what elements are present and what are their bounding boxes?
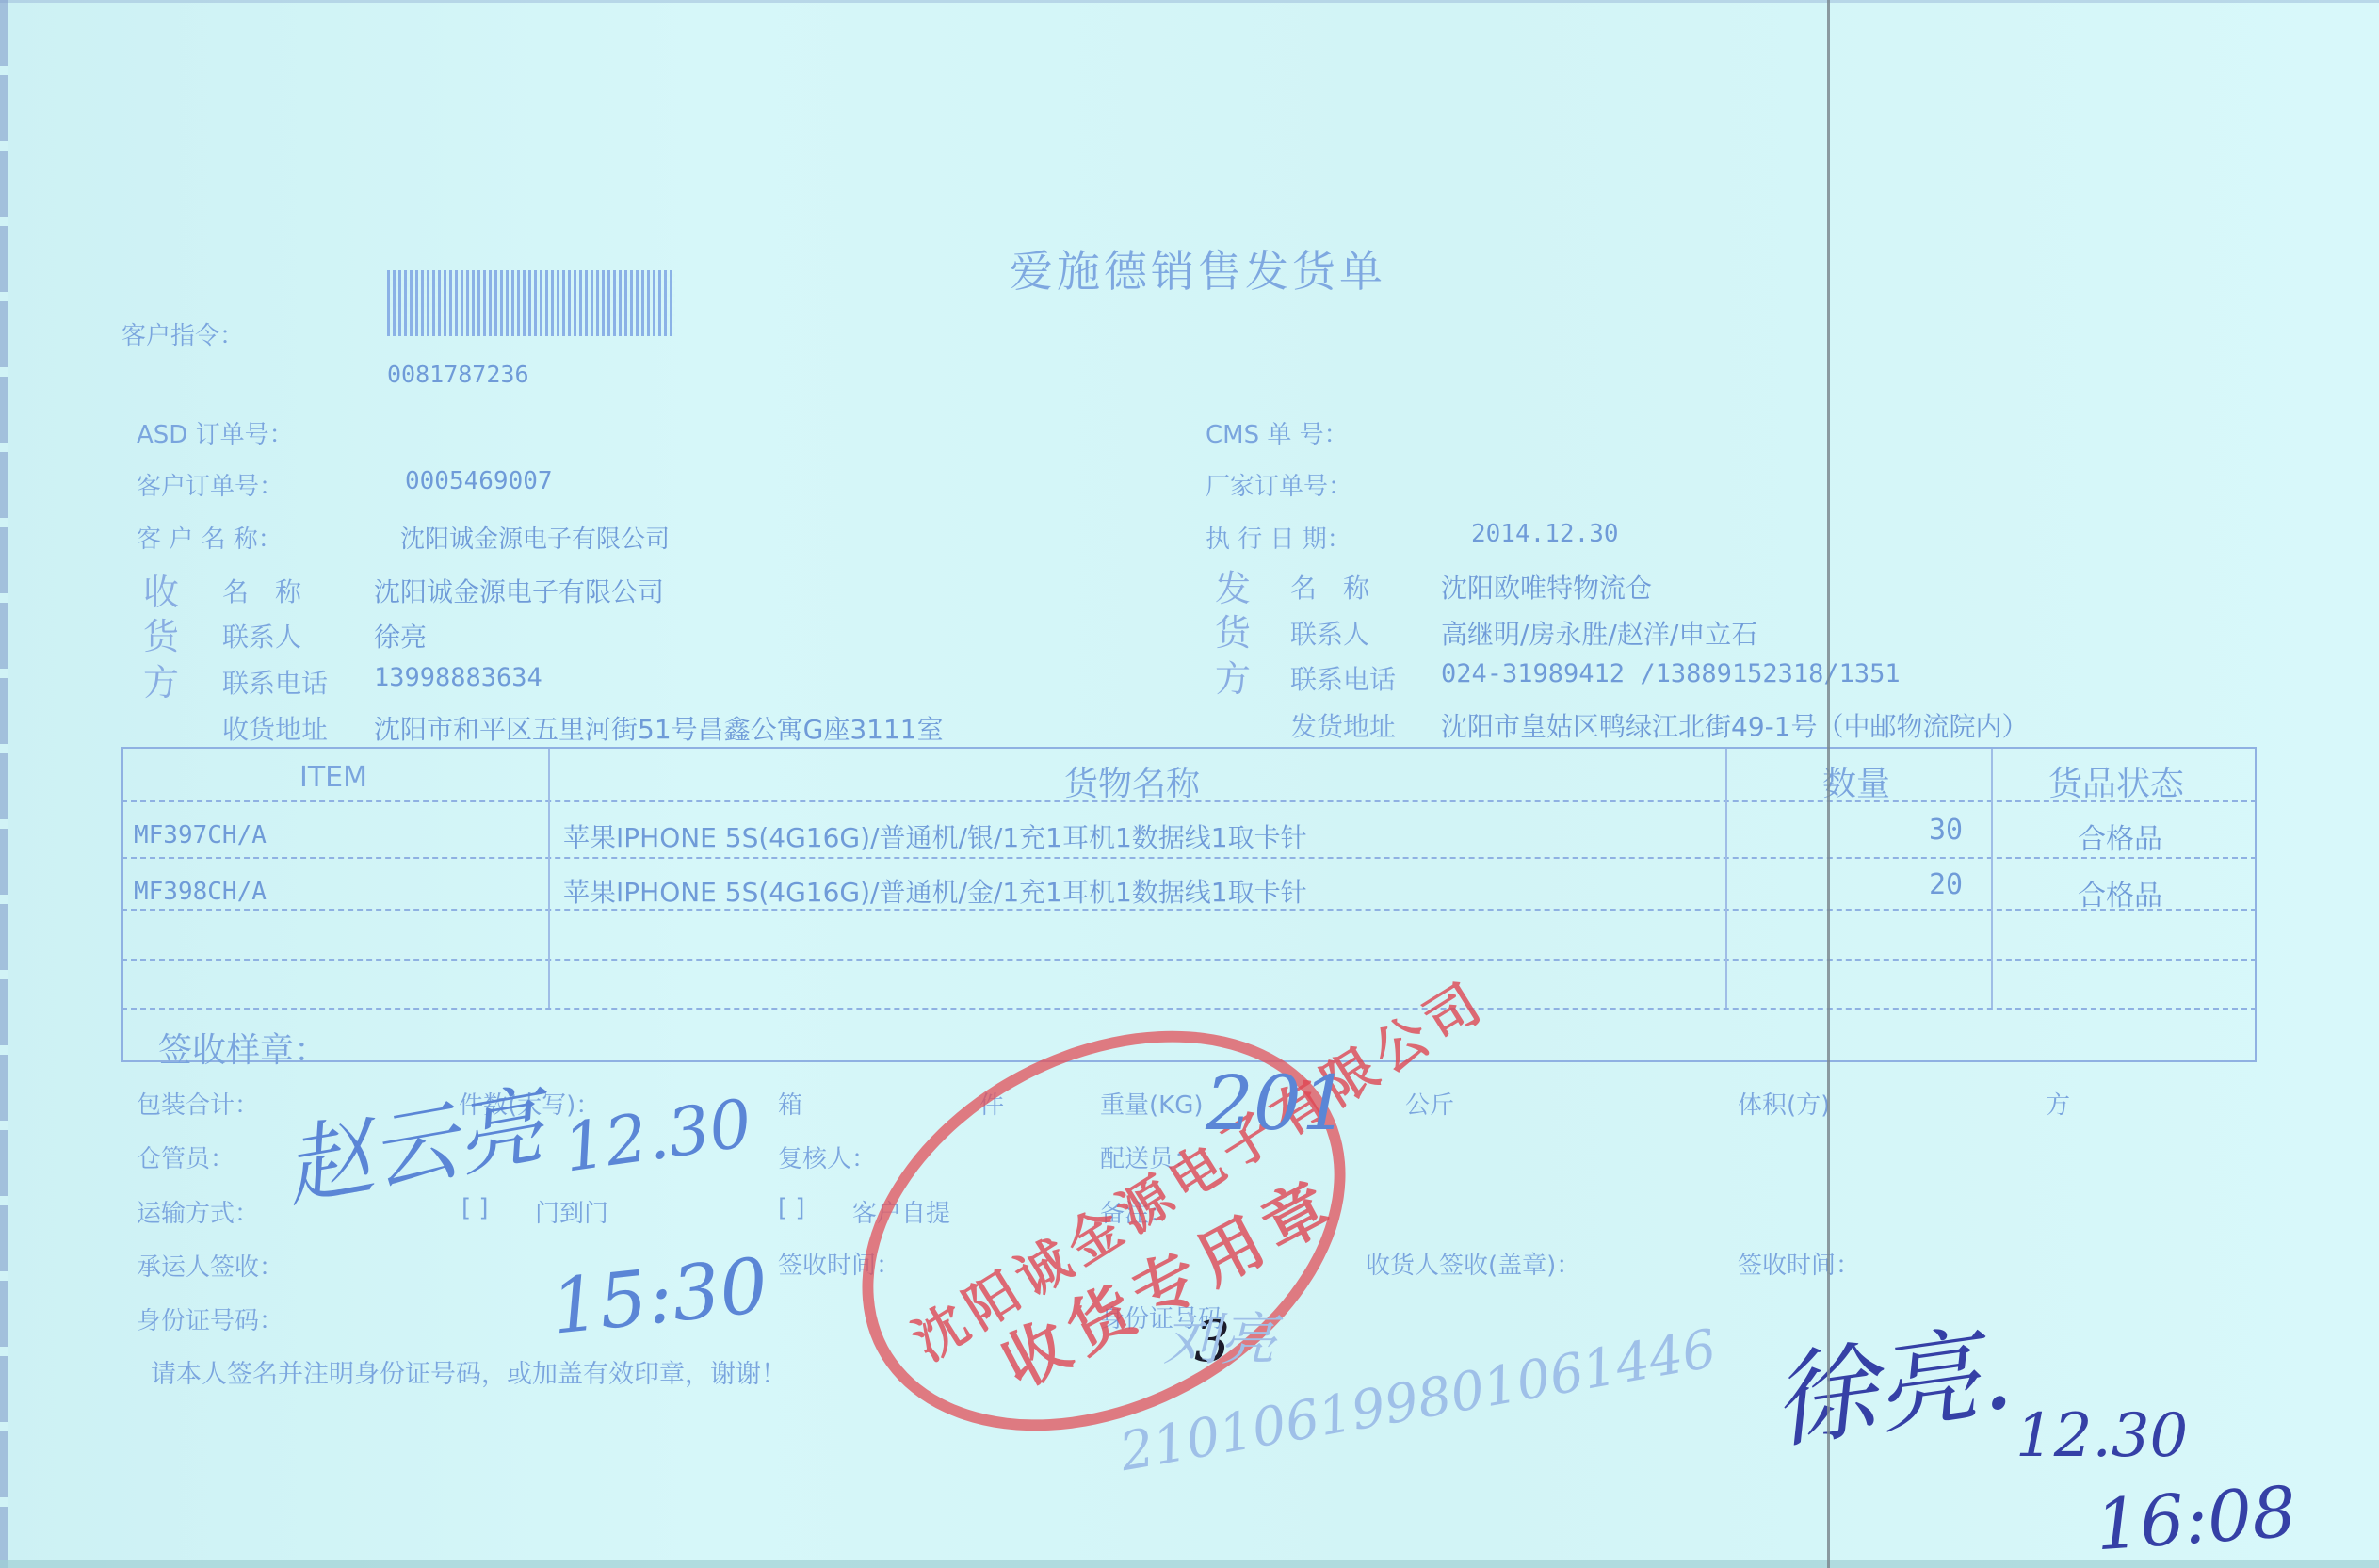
consignee-date: 12.30 xyxy=(2015,1401,2188,1471)
row-status: 合格品 xyxy=(2078,872,2162,913)
kg-label: 公斤 xyxy=(1405,1086,1454,1121)
cms-order-label: CMS 单 号： xyxy=(1206,415,1349,450)
receiver-name-label: 名 称 xyxy=(222,572,301,609)
cubic-label: 方 xyxy=(2046,1086,2070,1121)
receiver-phone: 13998883634 xyxy=(374,663,542,692)
receiver-address-label: 收货地址 xyxy=(222,709,328,747)
box-label: 箱 xyxy=(778,1086,802,1121)
table-header-item: ITEM xyxy=(299,761,367,794)
signature-notice: 请本人签名并注明身份证号码，或加盖有效印章，谢谢！ xyxy=(151,1353,786,1390)
customer-name-value: 沈阳诚金源电子有限公司 xyxy=(400,520,670,555)
table-divider xyxy=(121,1008,2257,1010)
table-col-divider xyxy=(1991,749,1993,1008)
sign-sample-label: 签收样章： xyxy=(158,1024,328,1072)
shipper-address-label: 发货地址 xyxy=(1290,706,1396,744)
document-title: 爱施德销售发货单 xyxy=(1010,237,1386,299)
shipper-side-char-3: 方 xyxy=(1215,650,1251,702)
door-to-door-label: 门到门 xyxy=(535,1194,608,1229)
consignee-sign-label: 收货人签收(盖章)： xyxy=(1366,1246,1580,1281)
consignee-time: 16:08 xyxy=(2093,1472,2299,1567)
door-to-door-checkbox[interactable]: [ ] xyxy=(461,1194,489,1222)
row-quantity: 30 xyxy=(1929,814,1963,847)
receiver-address: 沈阳市和平区五里河街51号昌鑫公寓G座3111室 xyxy=(374,709,944,747)
shipper-address: 沈阳市皇姑区鸭绿江北街49-1号（中邮物流院内） xyxy=(1441,706,2029,744)
table-col-divider xyxy=(1725,749,1727,1008)
customer-order-label: 客户订单号： xyxy=(137,467,283,502)
shipper-phone: 024-31989412 /13889152318/1351 xyxy=(1441,659,1901,688)
shipper-name: 沈阳欧唯特物流仓 xyxy=(1441,568,1652,606)
paper-bottom-edge xyxy=(0,1560,2379,1568)
table-header-goods-name: 货物名称 xyxy=(1064,757,1200,805)
id-number-label: 身份证号码： xyxy=(137,1301,283,1336)
table-header-status: 货品状态 xyxy=(2048,757,2184,805)
weight-handwritten: 201 xyxy=(1206,1059,1350,1147)
paper-crease xyxy=(1827,0,1830,1568)
perforated-edge xyxy=(0,0,8,1568)
receiver-side-char-2: 货 xyxy=(143,607,179,659)
barcode-icon xyxy=(387,270,675,336)
shipper-contact: 高继明/房永胜/赵洋/申立石 xyxy=(1441,614,1757,652)
reviewer-label: 复核人： xyxy=(778,1140,876,1174)
shipper-phone-label: 联系电话 xyxy=(1290,659,1396,697)
barcode-number: 0081787236 xyxy=(387,361,529,388)
receiver-contact-label: 联系人 xyxy=(222,617,301,655)
row-goods-name: 苹果IPHONE 5S(4G16G)/普通机/银/1充1耳机1数据线1取卡针 xyxy=(563,817,1307,855)
carrier-name: 刘亮 xyxy=(1163,1295,1276,1376)
self-pickup-checkbox[interactable]: [ ] xyxy=(778,1194,805,1222)
shipper-name-label: 名 称 xyxy=(1290,568,1369,606)
volume-label: 体积(方) xyxy=(1738,1086,1830,1121)
receiver-contact: 徐亮 xyxy=(374,617,427,655)
package-total-label: 包装合计： xyxy=(137,1086,259,1121)
carrier-sign-label: 承运人签收： xyxy=(137,1248,283,1283)
shipper-contact-label: 联系人 xyxy=(1290,614,1369,652)
receiver-name: 沈阳诚金源电子有限公司 xyxy=(374,572,664,609)
row-item-code: MF397CH/A xyxy=(134,821,267,849)
row-status: 合格品 xyxy=(2078,816,2162,857)
transport-method-label: 运输方式： xyxy=(137,1194,259,1229)
factory-order-label: 厂家订单号： xyxy=(1206,467,1352,502)
shipper-side-char-2: 货 xyxy=(1215,604,1251,655)
execution-date-value: 2014.12.30 xyxy=(1471,520,1619,548)
table-divider xyxy=(121,959,2257,961)
table-divider xyxy=(121,857,2257,859)
consignee-sign-time-label: 签收时间： xyxy=(1738,1246,1860,1281)
row-item-code: MF398CH/A xyxy=(134,878,267,906)
customer-instruction-label: 客户指令： xyxy=(121,316,244,351)
execution-date-label: 执 行 日 期： xyxy=(1206,520,1351,555)
asd-order-label: ASD 订单号： xyxy=(137,415,294,450)
warehouse-keeper-label: 仓管员： xyxy=(137,1140,235,1174)
row-quantity: 20 xyxy=(1929,868,1963,901)
table-header-quantity: 数量 xyxy=(1822,757,1890,805)
paper-top-edge xyxy=(0,0,2379,3)
receiver-phone-label: 联系电话 xyxy=(222,663,328,701)
customer-name-label: 客 户 名 称： xyxy=(137,520,283,555)
row-goods-name: 苹果IPHONE 5S(4G16G)/普通机/金/1充1耳机1数据线1取卡针 xyxy=(563,872,1307,910)
customer-order-value: 0005469007 xyxy=(405,467,553,495)
table-col-divider xyxy=(548,749,550,1008)
receiver-side-char-3: 方 xyxy=(143,654,179,705)
